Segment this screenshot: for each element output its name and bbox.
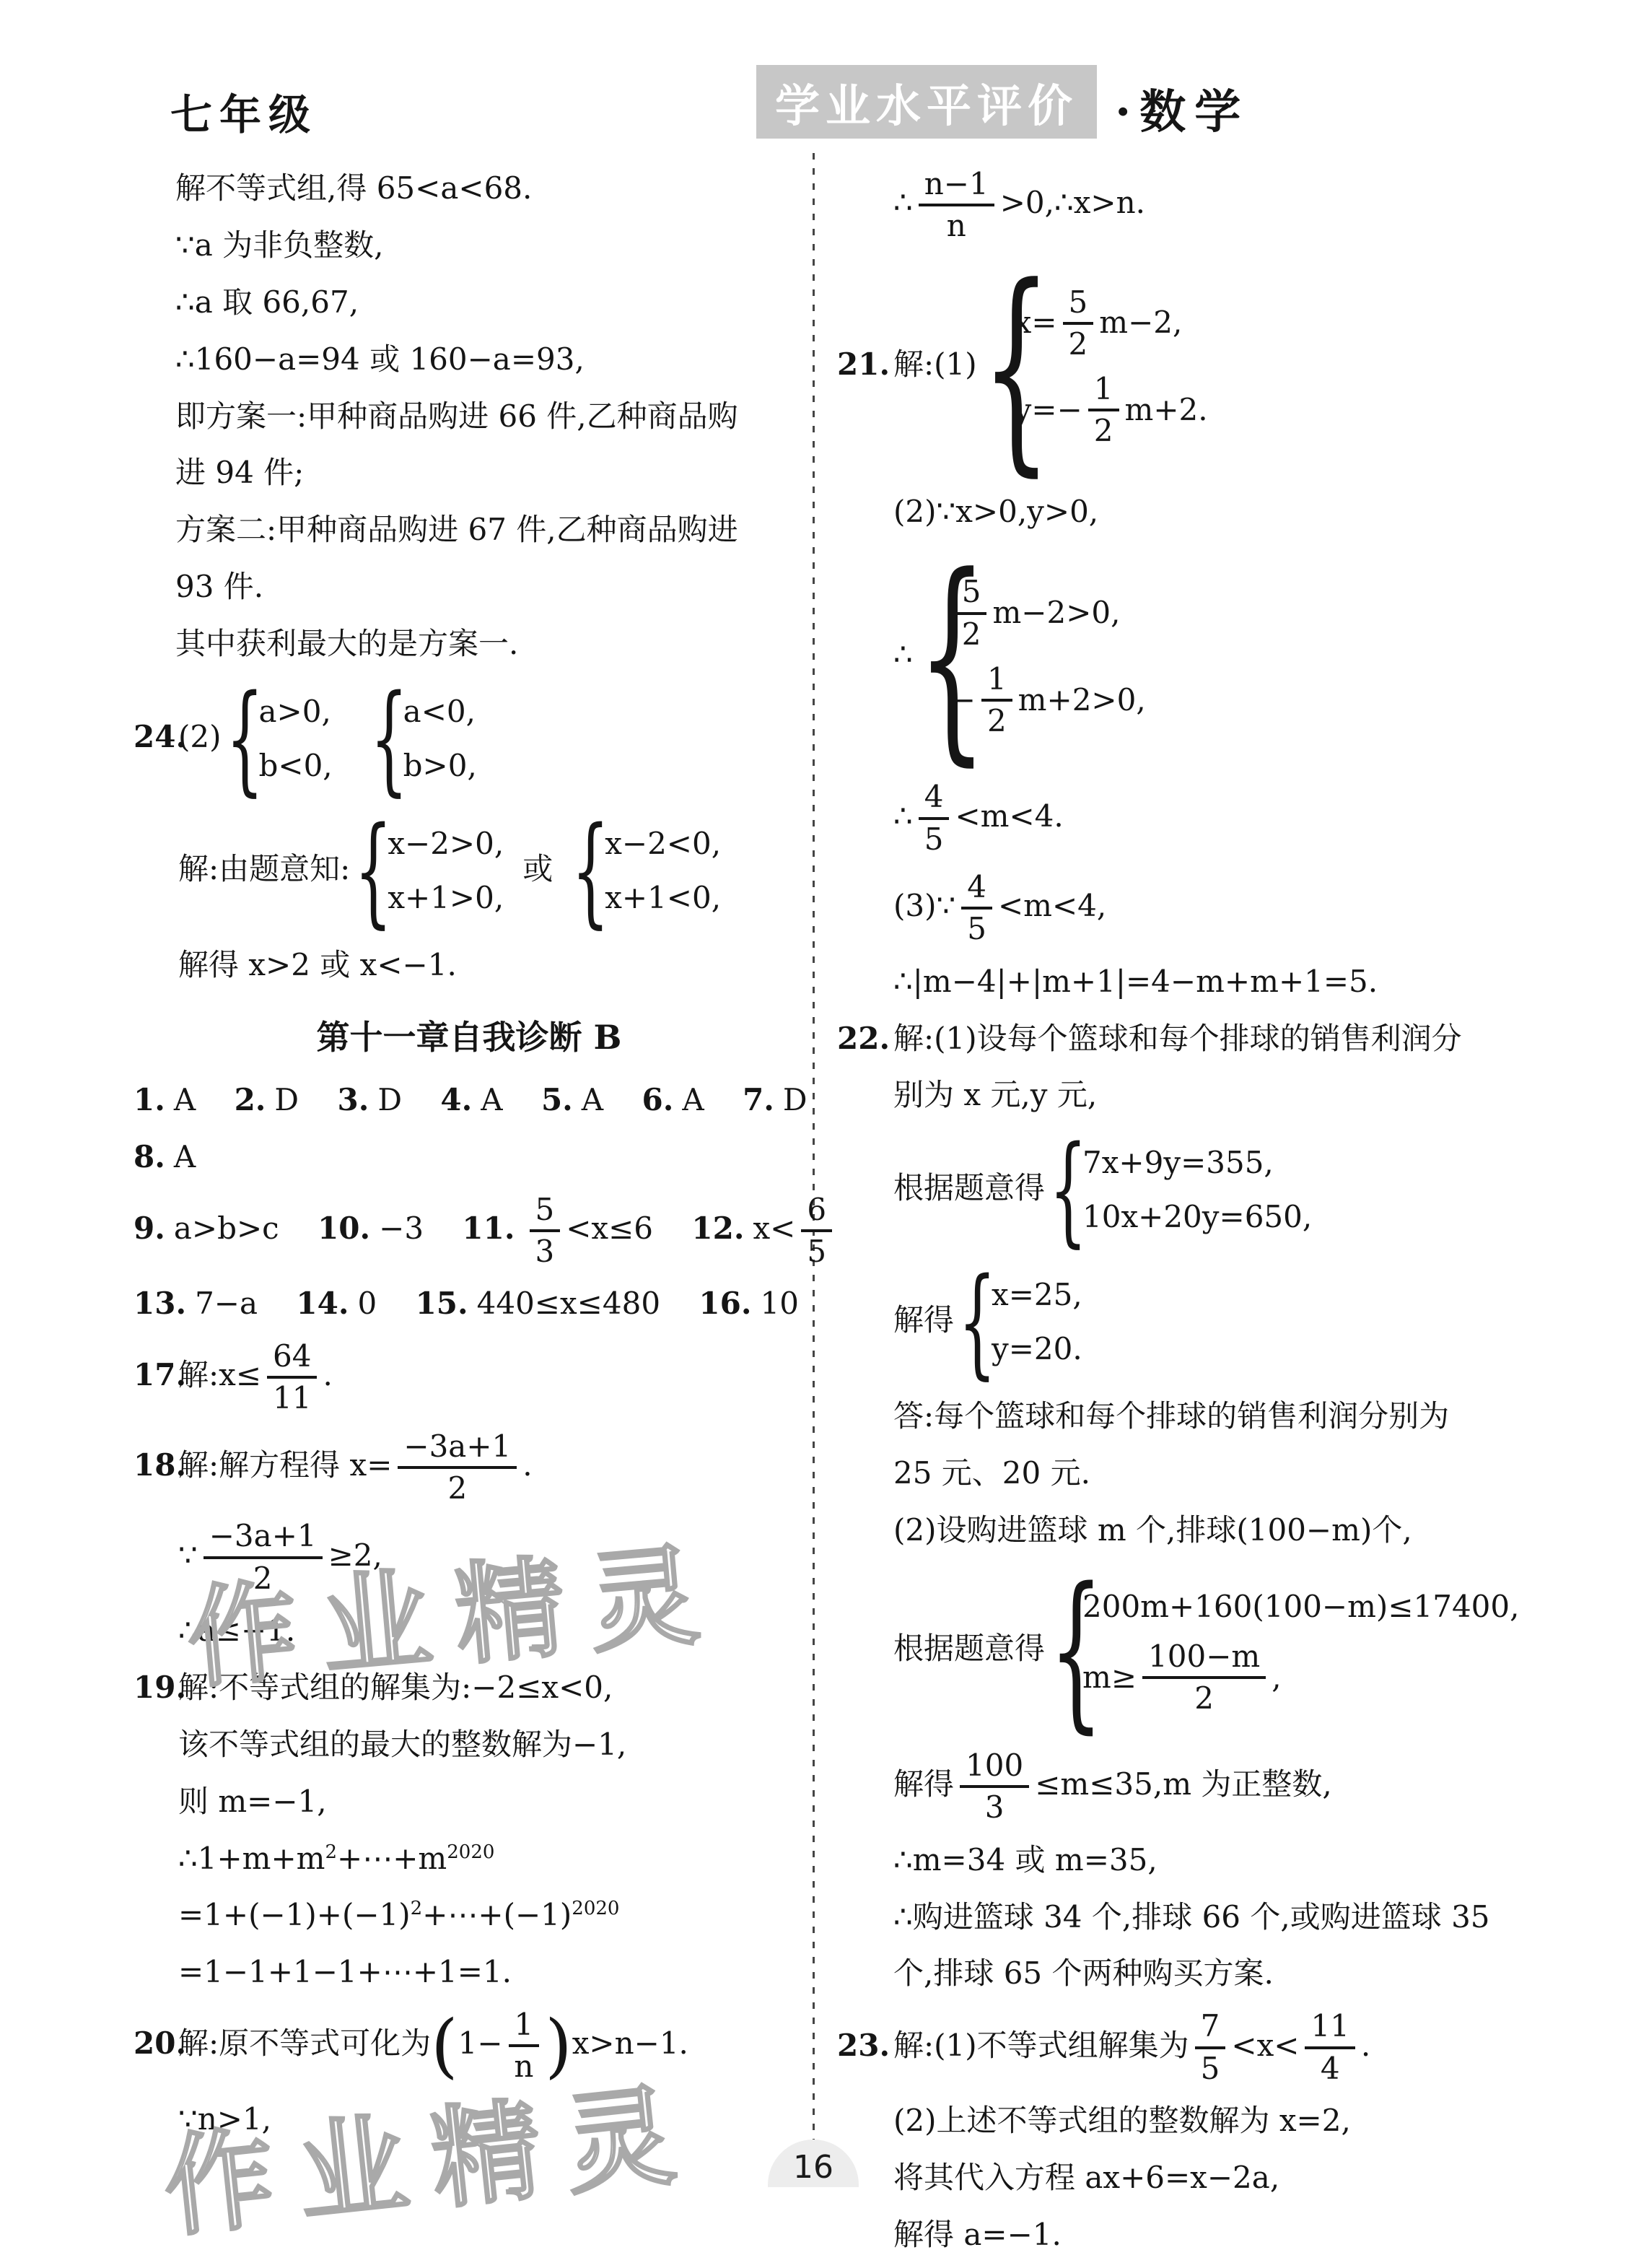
left-column: 解不等式组,得 65<a<68. ∵a 为非负整数, ∴a 取 66,67, ∴…	[134, 160, 805, 2148]
line-text: 25 元、20 元.	[893, 1455, 1090, 1491]
solution-line: 解:由题意知:{x−2>0,x+1>0,或{x−2<0,x+1<0,	[134, 805, 805, 937]
solution-line: =1−1+1−1+⋯+1=1.	[134, 1944, 805, 2001]
equation-system: {7x+9y=355,10x+20y=650,	[1049, 1130, 1312, 1249]
solution-line: ∵n>1,	[134, 2091, 805, 2148]
system-row: x=25,	[992, 1268, 1082, 1322]
solution-line: 解得{x=25,y=20.	[837, 1256, 1595, 1388]
system-row: 7x+9y=355,	[1082, 1136, 1312, 1190]
problem-number: 17.	[134, 1353, 178, 1397]
left-brace-icon: {	[226, 679, 242, 798]
line-suffix: x>n−1.	[572, 2025, 688, 2061]
equation-system: {200m+160(100−m)≤17400,m≥100−m2,	[1049, 1566, 1519, 1735]
system-rows: x−2>0,x+1>0,	[388, 817, 504, 925]
left-brace-icon: {	[1049, 1566, 1066, 1735]
line-suffix: <m<4,	[998, 888, 1106, 923]
line-text: (2){a>0,b<0,{a<0,b>0,	[178, 719, 481, 754]
solution-line: 解得1003≤m≤35,m 为正整数,	[837, 1742, 1595, 1832]
denominator: 2	[987, 702, 1007, 738]
line-text: ∵n>1,	[178, 2101, 271, 2137]
numerator: −3a+1	[398, 1429, 517, 1469]
line-text: 方案二:甲种商品购进 67 件,乙种商品购进	[175, 512, 738, 547]
answer-item: 3.D	[337, 1082, 402, 1117]
line-part: +⋯+(−1)	[422, 1897, 572, 1932]
part-label: (2)	[178, 719, 222, 754]
numerator: −3a+1	[203, 1519, 323, 1558]
answer-number: 1.	[134, 1082, 165, 1117]
line-text: 根据题意得{7x+9y=355,10x+20y=650,	[893, 1170, 1316, 1205]
answer-value: 7−a	[195, 1286, 258, 1321]
line-suffix: >0,∴x>n.	[1000, 185, 1145, 220]
answer-number: 6.	[642, 1082, 674, 1117]
line-text: ∴1+m+m2+⋯+m2020	[178, 1841, 494, 1876]
line-prefix: ∴	[893, 185, 913, 220]
fraction: 114	[1305, 2009, 1355, 2086]
right-column: ∴n−1n>0,∴x>n. 21.解:(1){x=52m−2,y=−12m+2.…	[837, 160, 1595, 2264]
banner-title: 学业水平评价	[756, 65, 1097, 139]
left-brace-icon: {	[917, 546, 934, 767]
line-suffix: .	[522, 1447, 532, 1483]
line-suffix: ≤m≤35,m 为正整数,	[1035, 1766, 1332, 1802]
answer-number: 7.	[743, 1082, 774, 1117]
answer-value: <x≤6	[566, 1211, 653, 1246]
line-text: ∵a 为非负整数,	[175, 227, 383, 263]
left-brace-icon: {	[1049, 1130, 1066, 1249]
left-brace-icon: {	[354, 811, 371, 930]
answer-number: 16.	[699, 1286, 751, 1321]
answer-item: 9.a>b>c	[134, 1211, 279, 1246]
solution-line: 进 94 件;	[134, 445, 805, 502]
denominator: 2	[253, 1559, 273, 1596]
line-part: +⋯+m	[337, 1841, 447, 1876]
fraction: 65	[801, 1192, 832, 1270]
left-brace-icon: {	[370, 679, 387, 798]
solution-line: 根据题意得{200m+160(100−m)≤17400,m≥100−m2,	[837, 1559, 1595, 1742]
numerator: 6	[801, 1192, 832, 1232]
problem-number: 18.	[134, 1444, 178, 1488]
solution-line: 即方案一:甲种商品购进 66 件,乙种商品购	[134, 388, 805, 445]
line-text: ∴m=34 或 m=35,	[893, 1842, 1157, 1877]
answer-value: 10	[760, 1286, 798, 1321]
numerator: 64	[267, 1339, 317, 1379]
answer-item: 7.D	[743, 1082, 808, 1117]
line-part: 1−	[458, 2025, 503, 2061]
system-rows: 7x+9y=355,10x+20y=650,	[1082, 1136, 1312, 1244]
line-text: 答:每个篮球和每个排球的销售利润分别为	[893, 1398, 1449, 1434]
answer-item: 15.440≤x≤480	[416, 1286, 660, 1321]
line-prefix: 根据题意得	[893, 1631, 1045, 1666]
line-text: 解:(1){x=52m−2,y=−12m+2.	[893, 346, 1212, 382]
line-text: 进 94 件;	[175, 455, 304, 490]
row-part: ,	[1272, 1656, 1281, 1700]
answer-number: 10.	[318, 1211, 370, 1246]
row-part: m−2,	[1099, 301, 1182, 345]
line-prefix: ∵	[178, 1538, 198, 1573]
solution-line: 18.解:解方程得 x=−3a+12.	[134, 1423, 805, 1513]
line-prefix: 解:由题意知:	[178, 851, 350, 886]
numerator: 11	[1305, 2009, 1355, 2049]
line-text: (3)∵45<m<4,	[893, 888, 1106, 923]
problem-22: 22.解:(1)设每个篮球和每个排球的销售利润分 别为 x 元,y 元, 根据题…	[837, 1011, 1595, 2003]
line-text: (2)∵x>0,y>0,	[893, 494, 1098, 529]
solution-line: 93 件.	[134, 559, 805, 616]
line-text: 解得1003≤m≤35,m 为正整数,	[893, 1766, 1332, 1802]
solution-line: 其中获利最大的是方案一.	[134, 616, 805, 673]
answer-number: 3.	[337, 1082, 369, 1117]
fraction: −3a+12	[203, 1519, 323, 1596]
exponent: 2020	[572, 1898, 619, 1919]
problem-18: 18.解:解方程得 x=−3a+12. ∵−3a+12≥2, ∴a≤−1.	[134, 1423, 805, 1659]
fraction: 52	[1063, 285, 1094, 362]
problem-number: 22.	[837, 1017, 893, 1061]
left-brace-icon: {	[958, 1262, 975, 1382]
solution-line: 个,排球 65 个两种购买方案.	[837, 1945, 1595, 2002]
line-prefix: 解:(1)	[893, 346, 977, 382]
row-part: m+2>0,	[1018, 679, 1146, 723]
answer-number: 15.	[416, 1286, 468, 1321]
problem-number: 20.	[134, 2022, 178, 2066]
answer-item: 2.D	[235, 1082, 299, 1117]
answer-value: A	[174, 1082, 196, 1117]
answer-item: 8.A	[134, 1139, 196, 1174]
line-text: ∴a 取 66,67,	[175, 284, 359, 320]
denominator: 11	[273, 1379, 311, 1416]
system-rows: x−2<0,x+1<0,	[605, 817, 721, 925]
fraction: 53	[530, 1192, 561, 1270]
solution-line: (2)上述不等式组的整数解为 x=2,	[837, 2093, 1595, 2150]
problem-number: 24.	[134, 715, 178, 759]
line-prefix: 解得	[893, 1766, 954, 1802]
solution-line: ∴|m−4|+|m+1|=4−m+m+1=5.	[837, 954, 1595, 1011]
answer-row: 13.7−a 14.0 15.440≤x≤480 16.10	[134, 1275, 805, 1333]
fraction: 1003	[960, 1748, 1029, 1826]
solution-line: 根据题意得{7x+9y=355,10x+20y=650,	[837, 1124, 1595, 1256]
problem-number: 23.	[837, 2024, 893, 2068]
system-rows: a<0,b>0,	[403, 685, 477, 793]
solution-line: ∴m=34 或 m=35,	[837, 1832, 1595, 1889]
system-row: b>0,	[403, 739, 477, 793]
answer-value: 440≤x≤480	[477, 1286, 660, 1321]
solution-line: 将其代入方程 ax+6=x−2a,	[837, 2150, 1595, 2207]
system-row: m≥100−m2,	[1082, 1634, 1519, 1722]
fraction: 75	[1195, 2009, 1226, 2086]
system-rows: x=25,y=20.	[992, 1268, 1082, 1377]
numerator: n−1	[919, 167, 994, 206]
answer-value: D	[783, 1082, 808, 1117]
line-prefix: ∴	[893, 637, 913, 672]
line-text: 解得 a=−1.	[893, 2217, 1062, 2252]
section-title: 第十一章自我诊断 B	[134, 1004, 805, 1066]
problem-24: 24.(2){a>0,b<0,{a<0,b>0, 解:由题意知:{x−2>0,x…	[134, 673, 805, 994]
denominator: 2	[1069, 325, 1088, 362]
line-prefix: 解:(1)不等式组解集为	[893, 2028, 1189, 2063]
answer-item: 16.10	[699, 1286, 799, 1321]
system-row: x+1>0,	[388, 871, 504, 925]
answer-item: 6.A	[642, 1082, 704, 1117]
grade-label: 七年级	[170, 81, 318, 141]
problem-number: 19.	[134, 1666, 178, 1710]
solution-line: 解不等式组,得 65<a<68.	[134, 160, 805, 217]
line-text: 该不等式组的最大的整数解为−1,	[178, 1727, 626, 1762]
answer-item: 12.x<65	[691, 1211, 838, 1246]
solution-line: 19.解:不等式组的解集为:−2≤x<0,	[134, 1659, 805, 1717]
solution-line: 23.解:(1)不等式组解集为75<x<114.	[837, 2002, 1595, 2093]
system-row: x−2<0,	[605, 817, 721, 871]
answer-row: 8.A	[134, 1129, 805, 1186]
numerator: 4	[961, 870, 992, 910]
line-text: ∵−3a+12≥2,	[178, 1538, 382, 1573]
solution-line: 25 元、20 元.	[837, 1445, 1595, 1502]
system-rows: 200m+160(100−m)≤17400,m≥100−m2,	[1082, 1580, 1519, 1721]
line-prefix: ∴	[893, 798, 913, 834]
fraction: 45	[919, 780, 950, 857]
left-brace-icon: {	[981, 257, 998, 477]
solution-line: ∴购进篮球 34 个,排球 66 个,或购进篮球 35	[837, 1889, 1595, 1946]
line-prefix: 解:x≤	[178, 1357, 261, 1392]
denominator: 5	[807, 1232, 826, 1269]
answer-item: 14.0	[296, 1286, 377, 1321]
denominator: 5	[924, 820, 944, 857]
numerator: 5	[530, 1192, 561, 1232]
row-part: m−2>0,	[992, 591, 1120, 635]
answer-number: 4.	[440, 1082, 472, 1117]
line-text: =1−1+1−1+⋯+1=1.	[178, 1954, 512, 1989]
solution-line: ∴160−a=94 或 160−a=93,	[134, 331, 805, 388]
line-text: 根据题意得{200m+160(100−m)≤17400,m≥100−m2,	[893, 1631, 1523, 1666]
equation-system: {x=25,y=20.	[958, 1262, 1082, 1382]
line-text: ∴|m−4|+|m+1|=4−m+m+1=5.	[893, 964, 1378, 999]
answer-number: 11.	[462, 1211, 515, 1246]
line-prefix: 根据题意得	[893, 1170, 1045, 1205]
problem-20: 20.解:原不等式可化为(1−1n)x>n−1. ∵n>1,	[134, 2001, 805, 2147]
line-text: 则 m=−1,	[178, 1784, 327, 1819]
line-prefix: (3)∵	[893, 888, 955, 923]
numerator: 100−m	[1142, 1639, 1266, 1679]
denominator: 2	[1094, 411, 1113, 448]
fraction: 1n	[509, 2007, 540, 2085]
line-text: 93 件.	[175, 569, 263, 604]
line-part: <x<	[1231, 2028, 1299, 2063]
line-text: 个,排球 65 个两种购买方案.	[893, 1955, 1274, 1991]
answer-value: A	[682, 1082, 704, 1117]
solution-line: 别为 x 元,y 元,	[837, 1067, 1595, 1124]
answer-number: 9.	[134, 1211, 165, 1246]
exponent: 2	[325, 1841, 337, 1863]
system-row: b<0,	[259, 739, 333, 793]
solution-line: (3)∵45<m<4,	[837, 863, 1595, 954]
line-text: ∴a≤−1.	[178, 1613, 295, 1648]
solution-line: =1+(−1)+(−1)2+⋯+(−1)2020	[134, 1887, 805, 1944]
solution-line: ∴45<m<4.	[837, 773, 1595, 863]
denominator: 2	[1194, 1679, 1214, 1716]
line-text: =1+(−1)+(−1)2+⋯+(−1)2020	[178, 1897, 619, 1932]
page-number: 16	[793, 2149, 833, 2186]
denominator: 2	[447, 1469, 467, 1506]
equation-system: {52m−2>0,−12m+2>0,	[917, 546, 1146, 767]
system-row: 10x+20y=650,	[1082, 1190, 1312, 1244]
answer-row: 9.a>b>c 10.−3 11.53<x≤6 12.x<65	[134, 1186, 805, 1276]
line-text: (2)上述不等式组的整数解为 x=2,	[893, 2103, 1351, 2138]
answer-number: 5.	[541, 1082, 573, 1117]
denominator: 3	[535, 1232, 555, 1269]
problem-23: 23.解:(1)不等式组解集为75<x<114. (2)上述不等式组的整数解为 …	[837, 2002, 1595, 2263]
solution-line: ∵a 为非负整数,	[134, 217, 805, 274]
line-text: 解得 x>2 或 x<−1.	[178, 947, 457, 982]
fraction: 100−m2	[1142, 1639, 1266, 1717]
numerator: 7	[1195, 2009, 1226, 2049]
line-suffix: <m<4.	[955, 798, 1063, 834]
solution-line: ∴1+m+m2+⋯+m2020	[134, 1831, 805, 1888]
numerator: 100	[960, 1748, 1029, 1788]
line-part: =1+(−1)+(−1)	[178, 1897, 411, 1932]
answer-value: D	[377, 1082, 402, 1117]
answer-number: 8.	[134, 1139, 165, 1174]
line-text: (2)设购进篮球 m 个,排球(100−m)个,	[893, 1512, 1412, 1548]
subject-label: ·数学	[1115, 75, 1249, 141]
fraction: 45	[961, 870, 992, 947]
line-prefix: 解:解方程得 x=	[178, 1447, 392, 1483]
answer-item: 5.A	[541, 1082, 603, 1117]
answer-number: 14.	[296, 1286, 349, 1321]
numerator: 5	[1063, 285, 1094, 325]
solution-line: 22.解:(1)设每个篮球和每个排球的销售利润分	[837, 1011, 1595, 1068]
answer-item: 13.7−a	[134, 1286, 258, 1321]
problem-17: 17.解:x≤6411.	[134, 1333, 805, 1423]
line-text: 其中获利最大的是方案一.	[175, 626, 518, 661]
numerator: 1	[509, 2007, 540, 2047]
answer-item: 11.53<x≤6	[462, 1211, 653, 1246]
solution-line: ∴{52m−2>0,−12m+2>0,	[837, 540, 1595, 773]
system-row: x+1<0,	[605, 871, 721, 925]
denominator: n	[947, 206, 966, 243]
line-text: 解:解方程得 x=−3a+12.	[178, 1447, 533, 1483]
fraction: 6411	[267, 1339, 317, 1416]
solution-line: 答:每个篮球和每个排球的销售利润分别为	[837, 1388, 1595, 1445]
fraction: −3a+12	[398, 1429, 517, 1506]
solution-line: 解得 a=−1.	[837, 2207, 1595, 2264]
problem-number: 21.	[837, 343, 893, 387]
answer-number: 12.	[691, 1211, 744, 1246]
solution-line: 20.解:原不等式可化为(1−1n)x>n−1.	[134, 2001, 805, 2091]
denominator: 3	[985, 1788, 1005, 1825]
line-text: 解得{x=25,y=20.	[893, 1302, 1087, 1338]
numerator: 1	[1088, 372, 1119, 411]
denominator: 5	[1201, 2049, 1220, 2086]
line-prefix: 解得	[893, 1302, 954, 1338]
equation-system: {x−2<0,x+1<0,	[572, 811, 721, 930]
line-text: ∴购进篮球 34 个,排球 66 个,或购进篮球 35	[893, 1899, 1490, 1935]
answer-item: 10.−3	[318, 1211, 424, 1246]
line-text: 解:原不等式可化为(1−1n)x>n−1.	[178, 2025, 688, 2061]
line-text: 别为 x 元,y 元,	[893, 1077, 1097, 1112]
left-paren-icon: (	[431, 2005, 458, 2086]
exponent: 2	[411, 1898, 423, 1919]
answer-value: A	[481, 1082, 502, 1117]
answer-value: A	[174, 1139, 196, 1174]
solution-line: ∴a 取 66,67,	[134, 274, 805, 331]
line-text: 解:(1)不等式组解集为75<x<114.	[893, 2028, 1370, 2063]
line-text: 解:不等式组的解集为:−2≤x<0,	[178, 1670, 613, 1705]
fraction: n−1n	[919, 167, 994, 244]
solution-line: 解得 x>2 或 x<−1.	[134, 937, 805, 994]
problem-19: 19.解:不等式组的解集为:−2≤x<0, 该不等式组的最大的整数解为−1, 则…	[134, 1659, 805, 2001]
answer-value: 0	[357, 1286, 377, 1321]
exponent: 2020	[447, 1841, 494, 1863]
denominator: 5	[967, 910, 986, 946]
problem-21: 21.解:(1){x=52m−2,y=−12m+2. (2)∵x>0,y>0, …	[837, 250, 1595, 1011]
equation-system: {a<0,b>0,	[370, 679, 477, 798]
row-part: m+2.	[1125, 388, 1208, 432]
numerator: 4	[919, 780, 950, 819]
system-row: y=20.	[992, 1322, 1082, 1377]
solution-line: 24.(2){a>0,b<0,{a<0,b>0,	[134, 673, 805, 805]
line-text: 解不等式组,得 65<a<68.	[175, 170, 532, 206]
solution-line: 17.解:x≤6411.	[134, 1333, 805, 1423]
solution-line: 该不等式组的最大的整数解为−1,	[134, 1717, 805, 1774]
denominator: n	[514, 2047, 533, 2084]
line-suffix: .	[1361, 2028, 1370, 2063]
fraction: 12	[1088, 372, 1119, 449]
answer-value: −3	[379, 1211, 424, 1246]
system-row: x−2>0,	[388, 817, 504, 871]
or-word: 或	[522, 851, 553, 886]
left-brace-icon: {	[572, 811, 588, 930]
answer-item: 1.A	[134, 1082, 196, 1117]
solution-line: ∵−3a+12≥2,	[134, 1512, 805, 1602]
line-text: ∴45<m<4.	[893, 798, 1064, 834]
line-text: 解:由题意知:{x−2>0,x+1>0,或{x−2<0,x+1<0,	[178, 851, 725, 886]
system-rows: a>0,b<0,	[259, 685, 333, 793]
answer-value: D	[274, 1082, 299, 1117]
line-suffix: .	[323, 1357, 332, 1392]
answer-value: A	[582, 1082, 603, 1117]
answer-number: 2.	[235, 1082, 266, 1117]
line-text: ∴n−1n>0,∴x>n.	[893, 185, 1145, 220]
equation-system: {a>0,b<0,	[226, 679, 333, 798]
solution-line: (2)设购进篮球 m 个,排球(100−m)个,	[837, 1502, 1595, 1559]
denominator: 4	[1321, 2049, 1340, 2086]
line-text: ∴{52m−2>0,−12m+2>0,	[893, 637, 1150, 672]
line-text: 将其代入方程 ax+6=x−2a,	[893, 2160, 1279, 2195]
line-text: 解:x≤6411.	[178, 1357, 333, 1392]
solution-line: ∴a≤−1.	[134, 1602, 805, 1659]
solution-line: ∴n−1n>0,∴x>n.	[837, 160, 1595, 250]
solution-line: 21.解:(1){x=52m−2,y=−12m+2.	[837, 250, 1595, 484]
right-paren-icon: )	[545, 2005, 572, 2086]
equation-system: {x−2>0,x+1>0,	[354, 811, 504, 930]
solution-line: 方案二:甲种商品购进 67 件,乙种商品购进	[134, 502, 805, 559]
equation-system: {x=52m−2,y=−12m+2.	[981, 257, 1208, 477]
answer-value: x<	[753, 1211, 795, 1246]
answer-value: a>b>c	[174, 1211, 279, 1246]
system-row: a>0,	[259, 685, 333, 739]
line-part: ∴1+m+m	[178, 1841, 325, 1876]
line-text: 即方案一:甲种商品购进 66 件,乙种商品购	[175, 398, 738, 434]
line-suffix: ≥2,	[328, 1538, 382, 1573]
system-row: a<0,	[403, 685, 477, 739]
previous-solution-continuation: 解不等式组,得 65<a<68. ∵a 为非负整数, ∴a 取 66,67, ∴…	[134, 160, 805, 673]
line-text: ∴160−a=94 或 160−a=93,	[175, 341, 585, 377]
column-divider	[813, 153, 815, 2174]
system-row: 200m+160(100−m)≤17400,	[1082, 1580, 1519, 1634]
line-prefix: 解:原不等式可化为	[178, 2025, 431, 2061]
answer-number: 13.	[134, 1286, 186, 1321]
solution-line: 则 m=−1,	[134, 1774, 805, 1831]
answer-item: 4.A	[440, 1082, 502, 1117]
line-text: 解:(1)设每个篮球和每个排球的销售利润分	[893, 1021, 1462, 1056]
answer-row: 1.A 2.D 3.D 4.A 5.A 6.A 7.D	[134, 1072, 805, 1129]
